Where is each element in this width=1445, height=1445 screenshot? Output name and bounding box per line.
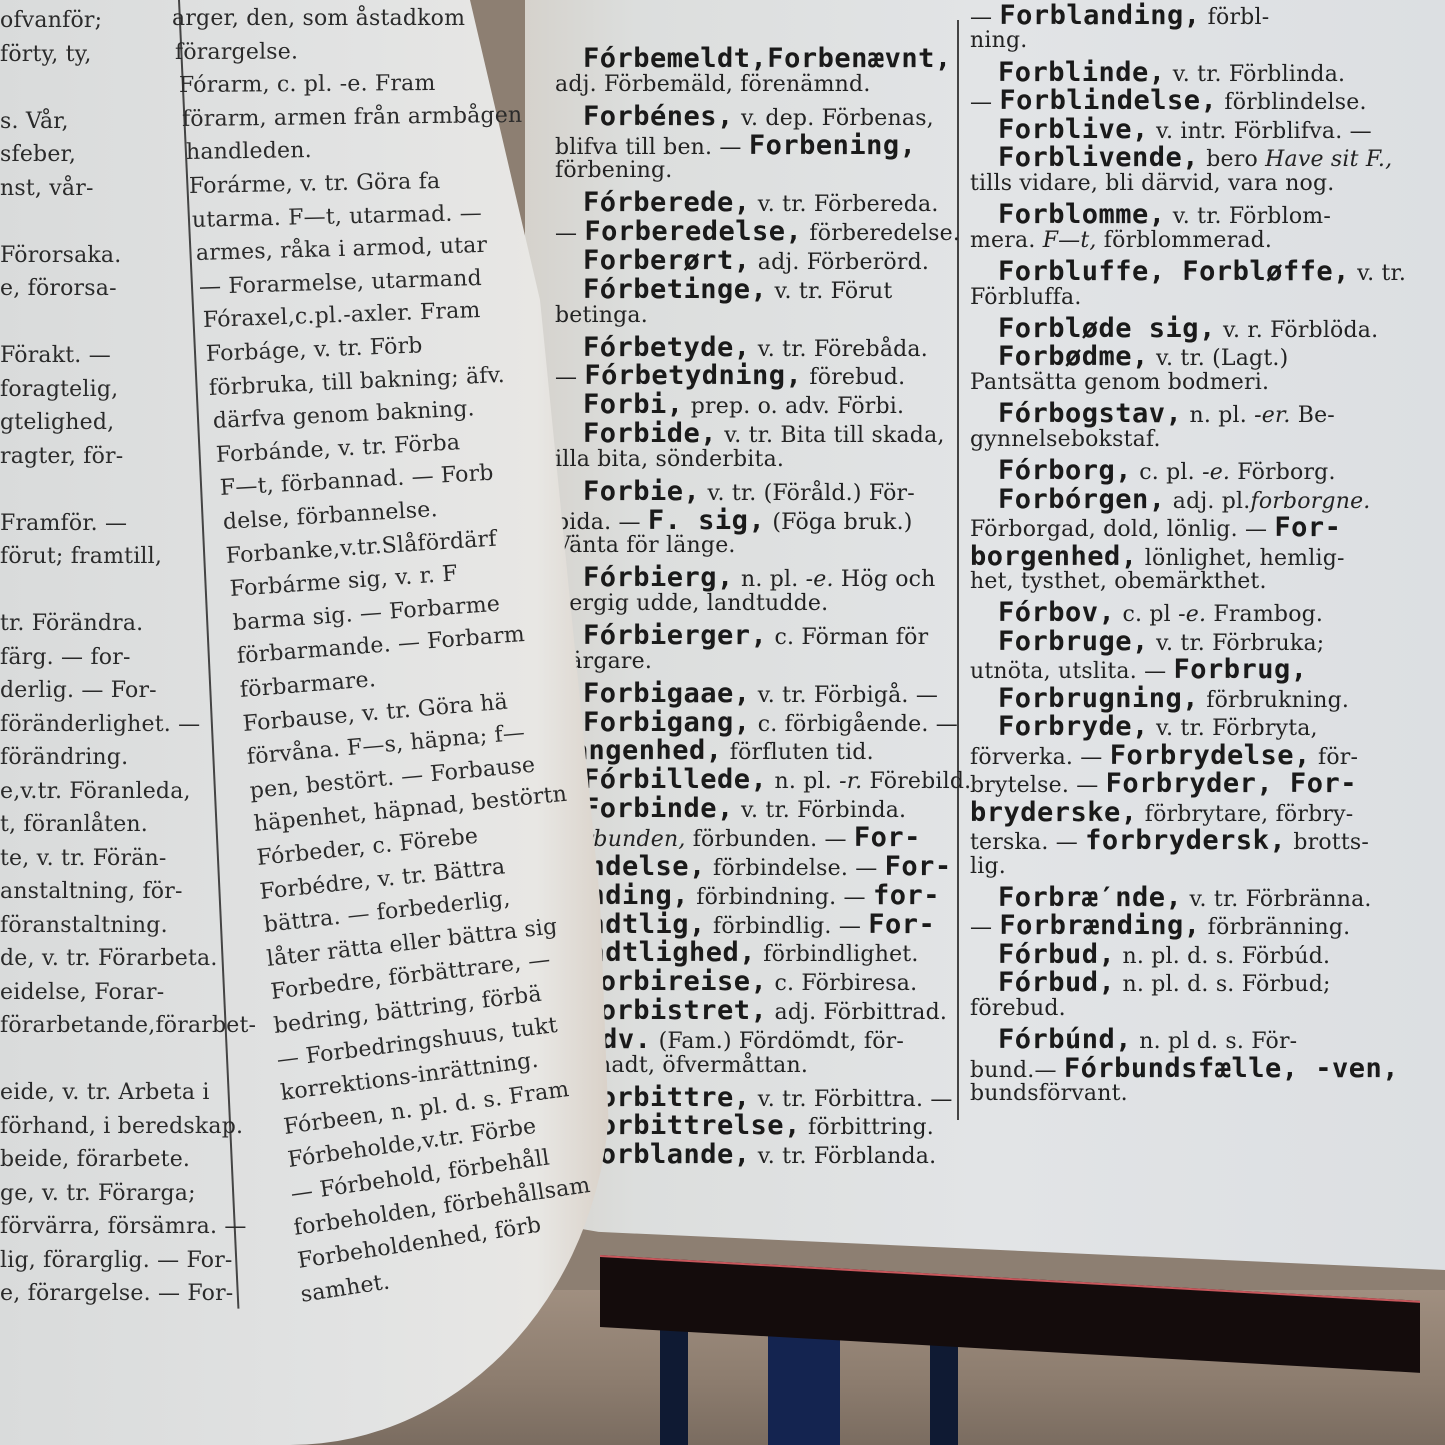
dictionary-line: borgenhed, lönlighet, hemlig-: [970, 543, 1345, 570]
dictionary-line: s. Vår,: [0, 111, 69, 133]
dictionary-line: förverka. — Forbrydelse, för-: [970, 742, 1358, 769]
definition-text: n. pl.: [734, 567, 806, 592]
definition-text: förbrukning.: [1199, 688, 1349, 713]
dictionary-line: adj. Förbemäld, förenämnd.: [555, 74, 871, 96]
headword: Forbinde,: [583, 793, 734, 824]
dictionary-line: anstaltning, för-: [0, 881, 183, 903]
dictionary-line: Fórbetinge, v. tr. Förut: [583, 276, 892, 303]
definition-text: förblindelse.: [1217, 90, 1366, 115]
definition-text: v. tr. Förbruka;: [1149, 631, 1325, 656]
definition-text: (Föga bruk.): [765, 510, 912, 535]
dictionary-line: förargelse.: [175, 41, 298, 63]
dictionary-line: Forblivende, bero Have sit F.,: [998, 144, 1392, 171]
dictionary-line: Fórbierger, c. Förman för: [583, 622, 928, 649]
dictionary-line: Fórbud, n. pl. d. s. Förbud;: [998, 969, 1331, 996]
column-divider: [957, 20, 959, 1120]
definition-text: mera.: [970, 228, 1043, 253]
dictionary-line: Förborgad, dold, lönlig. — For-: [970, 514, 1341, 541]
italic-form: Have sit F.,: [1258, 147, 1392, 172]
headword: Forbluffe, Forbløffe,: [998, 256, 1350, 287]
dictionary-line: Forbittrelse, förbittring.: [583, 1112, 934, 1139]
dictionary-line: Förorsaka.: [0, 245, 121, 267]
dictionary-line: förarm, armen från armbågen: [182, 105, 523, 131]
definition-text: v. tr. (Föråld.) För-: [700, 481, 915, 506]
headword: Forberørt,: [583, 245, 751, 276]
definition-text: Förebild.: [862, 769, 971, 794]
headword: forbrydersk,: [1085, 825, 1286, 856]
dictionary-line: förändring.: [0, 747, 128, 769]
dictionary-line: eidelse, Forar-: [0, 982, 164, 1004]
dictionary-line: Fórbierg, n. pl. -e. Hög och: [583, 564, 936, 591]
dictionary-line: gynnelsebokstaf.: [970, 429, 1161, 451]
definition-text: v. tr. Förut: [767, 279, 892, 304]
definition-text: —: [970, 5, 999, 30]
italic-form: F—t,: [1043, 228, 1097, 253]
definition-text: Förborgad, dold, lönlig. —: [970, 517, 1274, 542]
dictionary-line: tr. Förändra.: [0, 613, 143, 635]
definition-text: Be-: [1291, 403, 1335, 428]
definition-text: adj. Förberörd.: [751, 250, 929, 275]
definition-text: v. tr. (Lagt.): [1149, 346, 1289, 371]
definition-text: n. pl. d. s. Förbud;: [1115, 972, 1330, 997]
definition-text: ning.: [970, 28, 1027, 53]
definition-text: brytelse. —: [970, 773, 1106, 798]
headword: Fórbogstav,: [998, 398, 1182, 429]
headword: Forblanding,: [999, 0, 1200, 31]
dictionary-line: Fórbov, c. pl -e. Frambog.: [998, 599, 1323, 626]
dictionary-line: bindelse, förbindelse. — For-: [555, 853, 952, 880]
definition-text: bergig udde, landtudde.: [555, 591, 828, 616]
definition-text: n. pl. d. s. Förbúd.: [1115, 944, 1330, 969]
definition-text: förbening.: [555, 158, 672, 183]
dictionary-line: förvärra, försämra. —: [0, 1216, 247, 1238]
dictionary-line: mera. F—t, förblommerad.: [970, 230, 1272, 252]
definition-text: c. pl: [1115, 602, 1178, 627]
definition-text: brotts-: [1286, 830, 1369, 855]
dictionary-line: sfeber,: [0, 144, 76, 166]
stand-leg: [930, 1330, 958, 1445]
headword: Fórberede,: [583, 187, 751, 218]
dictionary-line: Fórbillede, n. pl. -r. Förebild.: [583, 766, 971, 793]
headword: Fórbov,: [998, 597, 1115, 628]
definition-text: terska. —: [970, 830, 1085, 855]
dictionary-line: gangenhed, förfluten tid.: [555, 737, 874, 764]
definition-text: adj. pl.: [1166, 489, 1251, 514]
definition-text: c. pl.: [1132, 460, 1202, 485]
dictionary-line: brytelse. — Forbryder, For-: [970, 770, 1357, 797]
headword: Fórbundsfælle, -ven,: [1064, 1053, 1399, 1084]
headword: Forblomme,: [998, 199, 1166, 230]
definition-text: v. tr. Förbigå. —: [751, 683, 938, 708]
dictionary-line: Fórarm, c. pl. -e. Fram: [179, 73, 436, 97]
dictionary-line: — Adv. (Fam.) Fördömdt, för-: [555, 1026, 904, 1053]
definition-text: (Fam.) Fördömdt, för-: [651, 1029, 904, 1054]
dictionary-line: Forbødme, v. tr. (Lagt.): [998, 343, 1288, 370]
headword: Forblande,: [583, 1139, 751, 1170]
headword: For-: [868, 909, 935, 940]
dictionary-line: Förbluffa.: [970, 287, 1082, 309]
dictionary-line: Fórbogstav, n. pl. -er. Be-: [998, 400, 1335, 427]
dictionary-line: Forbénes, v. dep. Förbenas,: [583, 103, 934, 130]
definition-text: v. tr. Förebåda.: [751, 337, 928, 362]
headword: Fórbierg,: [583, 562, 734, 593]
definition-text: v. tr. Förbinda.: [734, 798, 906, 823]
headword: Forbittrelse,: [583, 1110, 801, 1141]
definition-text: förbränning.: [1200, 915, 1350, 940]
definition-text: tills vidare, bli därvid, vara nog.: [970, 171, 1334, 196]
definition-text: förverka. —: [970, 745, 1110, 770]
headword: Fórbúnd,: [998, 1024, 1132, 1055]
definition-text: Pantsätta genom bodmeri.: [970, 370, 1269, 395]
definition-text: Förborg.: [1230, 460, 1336, 485]
dictionary-line: bund.— Fórbundsfælle, -ven,: [970, 1055, 1399, 1082]
headword: For-: [1274, 512, 1341, 543]
headword: Forberedelse,: [584, 216, 802, 247]
dictionary-line: Fórbúnd, n. pl d. s. För-: [998, 1026, 1297, 1053]
dictionary-line: Forbireise, c. Förbiresa.: [583, 968, 917, 995]
dictionary-line: Forbistret, adj. Förbittrad.: [583, 997, 947, 1024]
headword: For-: [885, 851, 952, 882]
dictionary-line: Forárme, v. tr. Göra fa: [189, 171, 441, 198]
definition-text: v. tr. Bita till skada,: [717, 423, 945, 448]
definition-text: v. intr. Förblifva. —: [1149, 119, 1372, 144]
dictionary-line: ge, v. tr. Förarga;: [0, 1183, 196, 1205]
definition-text: prep. o. adv. Förbi.: [684, 394, 905, 419]
italic-form: forborgne.: [1250, 489, 1370, 514]
headword: Fórbillede,: [583, 764, 767, 795]
headword: Forbening,: [749, 130, 917, 161]
dictionary-line: färg. — for-: [0, 647, 131, 669]
dictionary-line: bindtlig, förbindlig. — For-: [555, 911, 935, 938]
dictionary-line: Förakt. —: [0, 345, 111, 367]
dictionary-line: illa bita, sönderbita.: [555, 449, 784, 471]
dictionary-line: Forbløde sig, v. r. Förblöda.: [998, 315, 1378, 342]
headword: Fórbierger,: [583, 620, 767, 651]
dictionary-line: lig, förarglig. — For-: [0, 1250, 233, 1272]
headword: Forbi,: [583, 389, 684, 420]
dictionary-line: Forbide, v. tr. Bita till skada,: [583, 420, 945, 447]
definition-text: v. tr. Förbränna.: [1182, 887, 1371, 912]
dictionary-line: te, v. tr. Förän-: [0, 848, 167, 870]
headword: Forbrænding,: [999, 910, 1200, 941]
dictionary-line: Forbittre, v. tr. Förbittra. —: [583, 1084, 953, 1111]
headword: Forblinde,: [998, 57, 1166, 88]
definition-text: v. tr.: [1350, 261, 1406, 286]
dictionary-line: Forbluffe, Forbløffe, v. tr.: [998, 258, 1406, 285]
definition-text: c. förbigående. —: [751, 712, 958, 737]
definition-text: v. tr. Förbereda.: [751, 192, 939, 217]
dictionary-line: ragter, för-: [0, 446, 123, 468]
headword: Fórborg,: [998, 455, 1132, 486]
definition-text: förbittring.: [801, 1115, 934, 1140]
dictionary-line: eide, v. tr. Arbeta i: [0, 1082, 210, 1104]
dictionary-line: Pantsätta genom bodmeri.: [970, 372, 1269, 394]
italic-form: -e.: [1178, 602, 1206, 627]
headword: borgenhed,: [970, 541, 1138, 572]
headword: Forbræ′nde,: [998, 882, 1182, 913]
dictionary-line: förut; framtill,: [0, 546, 162, 568]
definition-text: förberedelse.: [802, 221, 960, 246]
dictionary-line: bindtlighed, förbindlighet.: [555, 939, 919, 966]
italic-form: -r.: [839, 769, 862, 794]
dictionary-line: ning.: [970, 30, 1027, 52]
dictionary-line: ofvanför;: [0, 10, 102, 32]
definition-text: v. r. Förblöda.: [1216, 318, 1378, 343]
headword: Fórbud,: [998, 967, 1115, 998]
definition-text: adj. Förbittrad.: [767, 1000, 947, 1025]
headword: Forbrydelse,: [1110, 740, 1311, 771]
definition-text: het, tysthet, obemärkthet.: [970, 569, 1267, 594]
headword: Fórbetyde,: [583, 332, 751, 363]
dictionary-line: — Forblanding, förbl-: [970, 2, 1269, 29]
headword: Forbittre,: [583, 1082, 751, 1113]
headword: Forbødme,: [998, 341, 1149, 372]
headword: Forblivende,: [998, 142, 1199, 173]
dictionary-line: Fórbetyde, v. tr. Förebåda.: [583, 334, 928, 361]
italic-form: -er.: [1254, 403, 1290, 428]
dictionary-line: Forbórgen, adj. pl.forborgne.: [998, 486, 1371, 513]
dictionary-line: bida. — F. sig, (Föga bruk.): [555, 507, 913, 534]
definition-text: lönlighet, hemlig-: [1138, 546, 1345, 571]
dictionary-line: Forblande, v. tr. Förblanda.: [583, 1141, 936, 1168]
definition-text: förbindning. —: [689, 885, 873, 910]
dictionary-line: Forbigaae, v. tr. Förbigå. —: [583, 680, 938, 707]
dictionary-line: nst, vår-: [0, 178, 94, 200]
photo-scene: Fórbemeldt,Forbenævnt,adj. Förbemäld, fö…: [0, 0, 1445, 1445]
dictionary-line: utnöta, utslita. — Forbrug,: [970, 656, 1308, 683]
headword: for-: [873, 880, 940, 911]
dictionary-line: het, tysthet, obemärkthet.: [970, 571, 1267, 593]
dictionary-line: — Fórbetydning, förebud.: [555, 362, 905, 389]
dictionary-line: Forblinde, v. tr. Förblinda.: [998, 59, 1345, 86]
headword: Fórbetinge,: [583, 274, 767, 305]
definition-text: v. tr. Förblanda.: [751, 1144, 937, 1169]
dictionary-line: förebud.: [970, 998, 1066, 1020]
dictionary-line: förhand, i beredskap.: [0, 1116, 243, 1138]
dictionary-line: Forbryde, v. tr. Förbryta,: [998, 713, 1318, 740]
definition-text: v. tr. Förblom-: [1166, 204, 1331, 229]
dictionary-line: derlig. — For-: [0, 680, 157, 702]
headword: Forbigang,: [583, 707, 751, 738]
dictionary-line: förbening.: [555, 160, 672, 182]
dictionary-line: bundsförvant.: [970, 1083, 1128, 1105]
definition-text: förbindlig. —: [706, 914, 868, 939]
definition-text: n. pl.: [1182, 403, 1254, 428]
definition-text: v. tr. Förblinda.: [1166, 62, 1346, 87]
definition-text: —: [555, 221, 584, 246]
headword: Forbløde sig,: [998, 313, 1216, 344]
dictionary-line: Forbie, v. tr. (Föråld.) För-: [583, 478, 915, 505]
definition-text: adj. Förbemäld, förenämnd.: [555, 72, 871, 97]
definition-text: c. Förbiresa.: [767, 971, 917, 996]
dictionary-line: arger, den, som åstadkom: [172, 8, 465, 30]
headword: Forbie,: [583, 476, 700, 507]
definition-text: bundsförvant.: [970, 1081, 1128, 1106]
definition-text: n. pl.: [767, 769, 839, 794]
definition-text: Frambog.: [1206, 602, 1323, 627]
dictionary-line: Forberørt, adj. Förberörd.: [583, 247, 929, 274]
dictionary-line: förty, ty,: [0, 44, 92, 66]
definition-text: lig.: [970, 854, 1006, 879]
definition-text: bero: [1199, 147, 1258, 172]
dictionary-line: föranstaltning.: [0, 915, 168, 937]
headword: Forbórgen,: [998, 484, 1166, 515]
headword: Forblive,: [998, 114, 1149, 145]
dictionary-line: Fórberede, v. tr. Förbereda.: [583, 189, 939, 216]
dictionary-line: Fórbud, n. pl. d. s. Förbúd.: [998, 941, 1330, 968]
dictionary-line: Forbigang, c. förbigående. —: [583, 709, 958, 736]
dictionary-line: tills vidare, bli därvid, vara nog.: [970, 173, 1334, 195]
dictionary-line: Forbruge, v. tr. Förbruka;: [998, 628, 1324, 655]
dictionary-line: betinga.: [555, 305, 648, 327]
dictionary-line: e, förargelse. — For-: [0, 1283, 233, 1305]
headword: Forbigaae,: [583, 678, 751, 709]
dictionary-line: handleden.: [185, 140, 311, 164]
definition-text: —: [970, 915, 999, 940]
dictionary-line: beide, förarbete.: [0, 1149, 190, 1171]
headword: Fórbemeldt,Forbenævnt,: [583, 43, 952, 74]
definition-text: Vänta för länge.: [555, 533, 736, 558]
dictionary-line: Forbinde, v. tr. Förbinda.: [583, 795, 906, 822]
dictionary-line: — Forberedelse, förberedelse.: [555, 218, 960, 245]
dictionary-line: föränderlighet. —: [0, 714, 200, 736]
dictionary-line: lig.: [970, 856, 1006, 878]
definition-text: för-: [1311, 745, 1358, 770]
dictionary-line: Vänta för länge.: [555, 535, 736, 557]
dictionary-line: Fórbemeldt,Forbenævnt,: [583, 45, 952, 72]
headword: Forbrugning,: [998, 683, 1199, 714]
definition-text: förebud.: [802, 365, 905, 390]
dictionary-line: terska. — forbrydersk, brotts-: [970, 827, 1369, 854]
definition-text: blifva till ben. —: [555, 135, 749, 160]
dictionary-line: Forblomme, v. tr. Förblom-: [998, 201, 1331, 228]
dictionary-line: — Forbrænding, förbränning.: [970, 912, 1350, 939]
dictionary-line: — Forblindelse, förblindelse.: [970, 87, 1367, 114]
definition-text: v. tr. Förbittra. —: [751, 1087, 953, 1112]
definition-text: utnöta, utslita. —: [970, 659, 1173, 684]
dictionary-line: Forbi, prep. o. adv. Förbi.: [583, 391, 904, 418]
definition-text: förbunden. —: [686, 827, 854, 852]
dictionary-line: de, v. tr. Förarbeta.: [0, 948, 218, 970]
headword: Forbide,: [583, 418, 717, 449]
headword: bryderske,: [970, 797, 1138, 828]
definition-text: illa bita, sönderbita.: [555, 447, 784, 472]
definition-text: —: [555, 365, 584, 390]
dictionary-line: Forbunden, förbunden. — For-: [555, 824, 921, 851]
headword: For-: [854, 822, 921, 853]
definition-text: förbrytare, förbry-: [1138, 802, 1354, 827]
dictionary-line: Forblive, v. intr. Förblifva. —: [998, 116, 1372, 143]
dictionary-line: blifva till ben. — Forbening,: [555, 132, 916, 159]
headword: Forbrug,: [1173, 654, 1307, 685]
headword: Forblindelse,: [999, 85, 1217, 116]
headword: Forbireise,: [583, 966, 767, 997]
definition-text: förbl-: [1200, 5, 1269, 30]
definition-text: —: [970, 90, 999, 115]
dictionary-line: Forbrugning, förbrukning.: [998, 685, 1349, 712]
definition-text: betinga.: [555, 303, 648, 328]
dictionary-line: bergig udde, landtudde.: [555, 593, 828, 615]
headword: Fórbetydning,: [584, 360, 802, 391]
dictionary-line: foragtelig,: [0, 379, 118, 401]
definition-text: n. pl d. s. För-: [1132, 1029, 1297, 1054]
definition-text: v. dep. Förbenas,: [734, 106, 934, 131]
dictionary-line: förarbetande,förarbet-: [0, 1015, 256, 1037]
definition-text: förebud.: [970, 996, 1066, 1021]
dictionary-line: Fórborg, c. pl. -e. Förborg.: [998, 457, 1336, 484]
definition-text: gynnelsebokstaf.: [970, 427, 1161, 452]
dictionary-line: Forbræ′nde, v. tr. Förbränna.: [998, 884, 1372, 911]
headword: Fórbud,: [998, 939, 1115, 970]
definition-text: förbindlighet.: [756, 942, 918, 967]
dictionary-line: gtelighed,: [0, 412, 114, 434]
italic-form: -e.: [806, 567, 834, 592]
italic-form: -e.: [1202, 460, 1230, 485]
definition-text: v. tr. Förbryta,: [1149, 716, 1318, 741]
definition-text: förbindelse. —: [706, 856, 885, 881]
headword: Forbryde,: [998, 711, 1149, 742]
definition-text: Förbluffa.: [970, 285, 1082, 310]
dictionary-line: bryderske, förbrytare, förbry-: [970, 799, 1353, 826]
dictionary-line: e,v.tr. Föranleda,: [0, 781, 191, 803]
headword: F. sig,: [648, 505, 765, 536]
headword: Forbruge,: [998, 626, 1149, 657]
headword: Forbryder, For-: [1106, 768, 1357, 799]
definition-text: förblommerad.: [1097, 228, 1273, 253]
dictionary-line: e, förorsa-: [0, 278, 117, 300]
headword: Forbénes,: [583, 101, 734, 132]
dictionary-line: binding, förbindning. — for-: [555, 882, 940, 909]
definition-text: förfluten tid.: [723, 740, 874, 765]
definition-text: c. Förman för: [767, 625, 928, 650]
definition-text: bida. —: [555, 510, 648, 535]
dictionary-line: t, föranlåten.: [0, 814, 148, 836]
definition-text: Hög och: [834, 567, 936, 592]
dictionary-line: Framför. —: [0, 513, 127, 535]
definition-text: bund.—: [970, 1058, 1064, 1083]
headword: Forbistret,: [583, 995, 767, 1026]
